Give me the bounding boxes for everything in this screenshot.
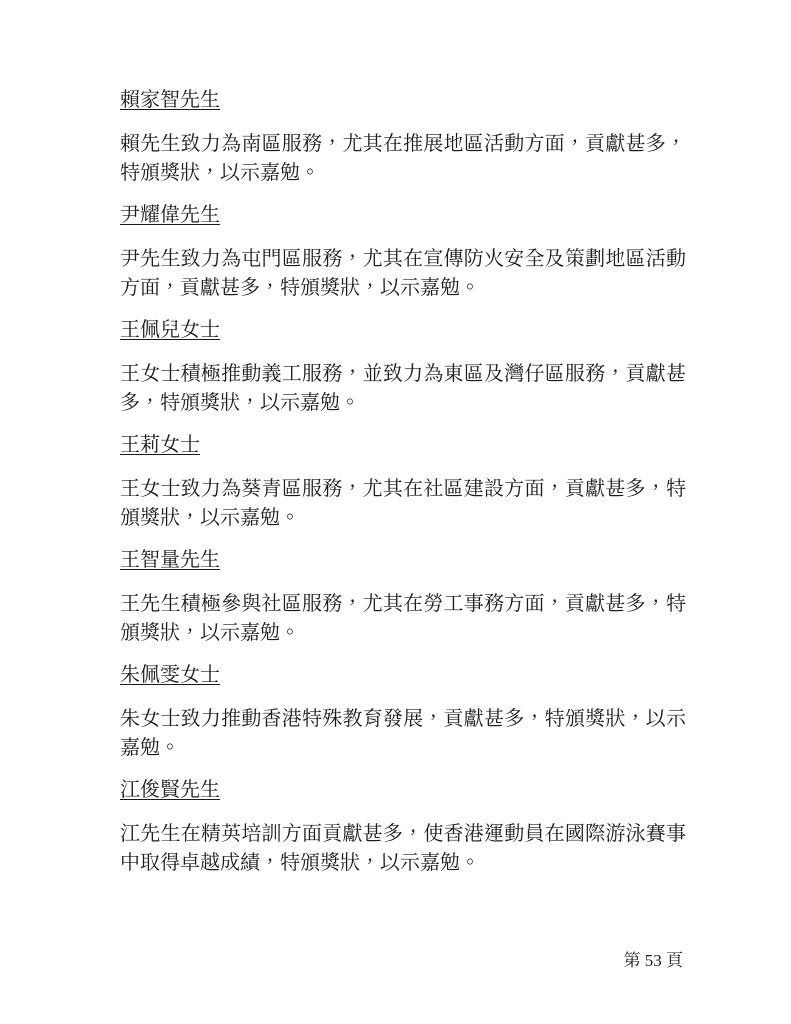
recipient-name: 賴家智先生	[120, 86, 686, 115]
recipient-name: 王智量先生	[120, 546, 686, 575]
recipient-name: 朱佩雯女士	[120, 661, 686, 690]
page-number: 第 53 頁	[624, 951, 684, 970]
award-section: 王莉女士 王女士致力為葵青區服務，尤其在社區建設方面，貢獻甚多，特頒獎狀，以示嘉…	[120, 431, 686, 533]
citation-text: 王女士致力為葵青區服務，尤其在社區建設方面，貢獻甚多，特頒獎狀，以示嘉勉。	[120, 475, 686, 533]
page-footer: 第 53 頁	[624, 950, 684, 972]
citation-text: 尹先生致力為屯門區服務，尤其在宣傳防火安全及策劃地區活動方面，貢獻甚多，特頒獎狀…	[120, 245, 686, 303]
citation-text: 王女士積極推動義工服務，並致力為東區及灣仔區服務，貢獻甚多，特頒獎狀，以示嘉勉。	[120, 360, 686, 418]
award-section: 尹耀偉先生 尹先生致力為屯門區服務，尤其在宣傳防火安全及策劃地區活動方面，貢獻甚…	[120, 201, 686, 303]
recipient-name: 王莉女士	[120, 431, 686, 460]
content-area: 賴家智先生 賴先生致力為南區服務，尤其在推展地區活動方面，貢獻甚多，特頒獎狀，以…	[120, 86, 686, 891]
award-section: 江俊賢先生 江先生在精英培訓方面貢獻甚多，使香港運動員在國際游泳賽事中取得卓越成…	[120, 776, 686, 878]
citation-text: 賴先生致力為南區服務，尤其在推展地區活動方面，貢獻甚多，特頒獎狀，以示嘉勉。	[120, 130, 686, 188]
document-page: 賴家智先生 賴先生致力為南區服務，尤其在推展地區活動方面，貢獻甚多，特頒獎狀，以…	[0, 0, 791, 1024]
award-section: 王智量先生 王先生積極參與社區服務，尤其在勞工事務方面，貢獻甚多，特頒獎狀，以示…	[120, 546, 686, 648]
award-section: 王佩兒女士 王女士積極推動義工服務，並致力為東區及灣仔區服務，貢獻甚多，特頒獎狀…	[120, 316, 686, 418]
recipient-name: 江俊賢先生	[120, 776, 686, 805]
citation-text: 江先生在精英培訓方面貢獻甚多，使香港運動員在國際游泳賽事中取得卓越成績，特頒獎狀…	[120, 820, 686, 878]
award-section: 朱佩雯女士 朱女士致力推動香港特殊教育發展，貢獻甚多，特頒獎狀，以示嘉勉。	[120, 661, 686, 763]
citation-text: 朱女士致力推動香港特殊教育發展，貢獻甚多，特頒獎狀，以示嘉勉。	[120, 705, 686, 763]
award-section: 賴家智先生 賴先生致力為南區服務，尤其在推展地區活動方面，貢獻甚多，特頒獎狀，以…	[120, 86, 686, 188]
recipient-name: 尹耀偉先生	[120, 201, 686, 230]
citation-text: 王先生積極參與社區服務，尤其在勞工事務方面，貢獻甚多，特頒獎狀，以示嘉勉。	[120, 590, 686, 648]
recipient-name: 王佩兒女士	[120, 316, 686, 345]
